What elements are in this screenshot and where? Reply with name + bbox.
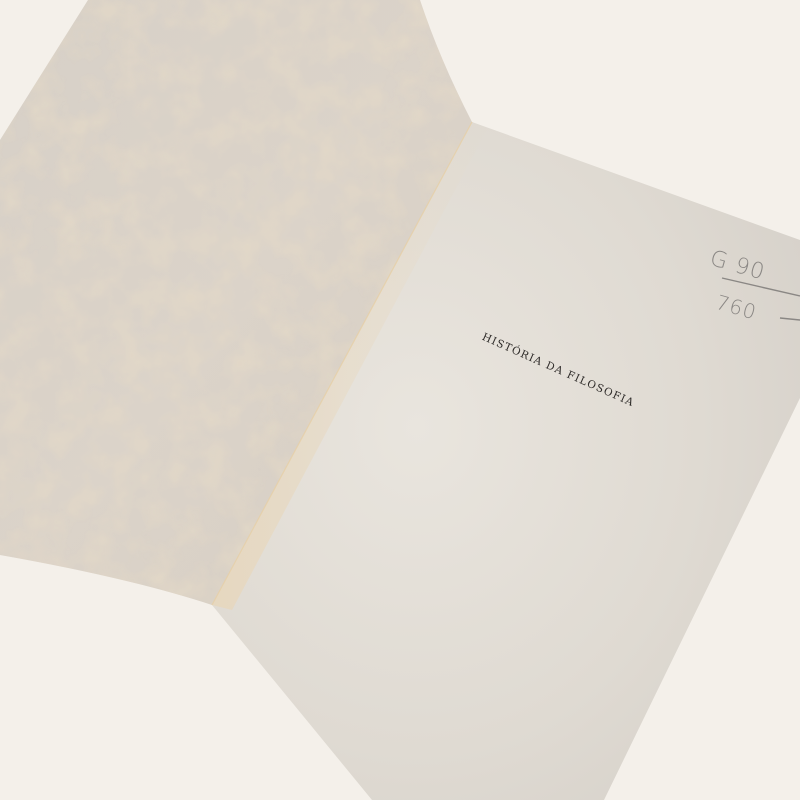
open-book (0, 0, 800, 800)
photo-scene: HISTÓRIA DA FILOSOFIA G 90 760 (0, 0, 800, 800)
